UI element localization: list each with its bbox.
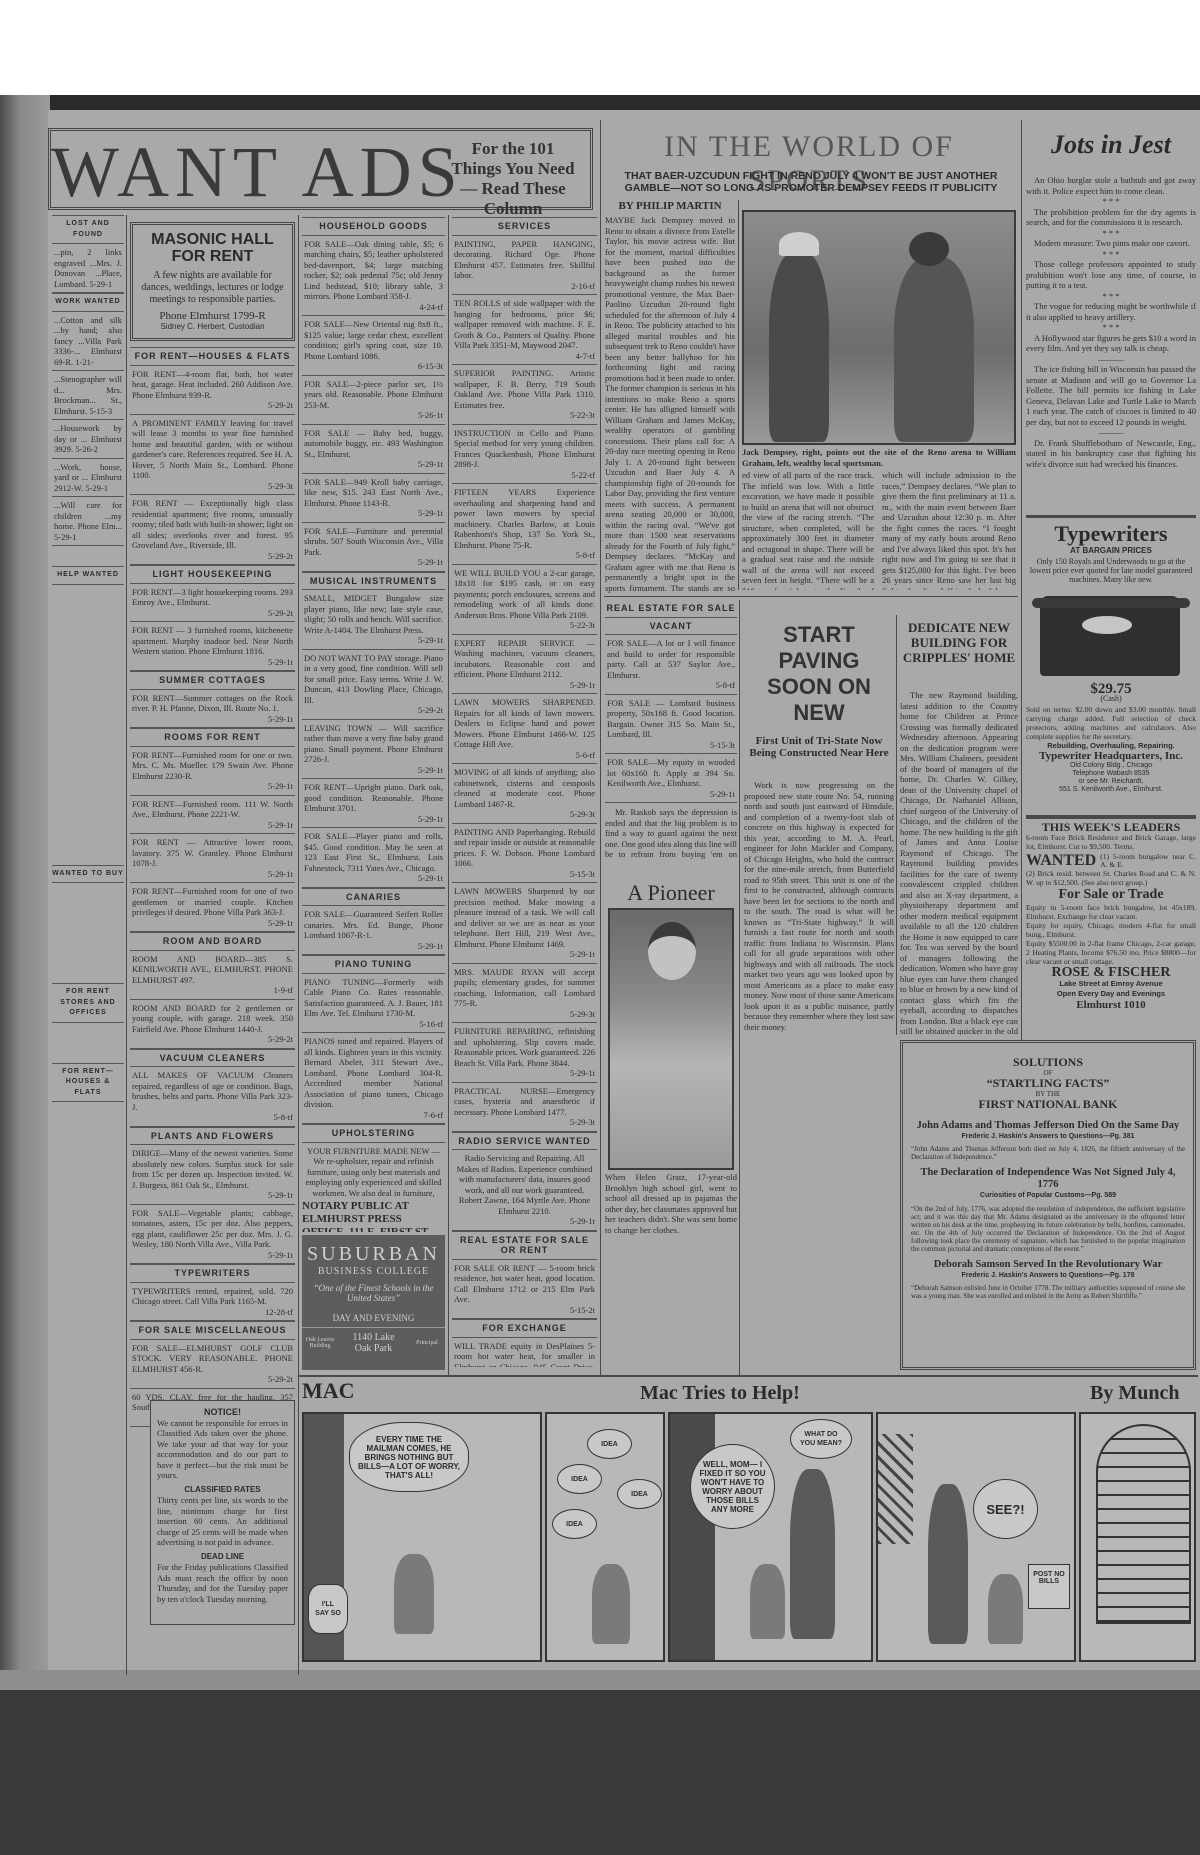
jest-item: The vogue for reducing might be worthwhi… — [1026, 301, 1196, 322]
household-column: HOUSEHOLD GOODS FOR SALE—Oak dining tabl… — [302, 217, 445, 1197]
ad-text: FOR RENT—Summer cottages on the Rock riv… — [132, 693, 293, 714]
notice-body: We cannot be responsible for errors in C… — [157, 1418, 288, 1481]
classified-ad: ...Housework by day or ... Elmhurst 3929… — [52, 420, 124, 459]
speech-bubble: WELL, MOM— I FIXED IT SO YOU WON'T HAVE … — [690, 1444, 775, 1529]
ad-text: FOR SALE—Guaranteed Seifert Roller canar… — [304, 909, 443, 940]
typewriter-title: Typewriters — [1026, 522, 1196, 546]
column-rule — [896, 615, 897, 1035]
classified-ad: PAINTING, PAPER HANGING, decorating. Ric… — [452, 236, 597, 296]
masonic-hall-ad: MASONIC HALL FOR RENT A few nights are a… — [130, 222, 295, 341]
bank-ad-facts: “STARTLING FACTS” — [911, 1078, 1185, 1089]
mom-character — [928, 1484, 968, 1644]
ad-date: 5-29-1t — [132, 1250, 293, 1261]
figure-graham — [769, 252, 829, 442]
ad-date: 5-29-3t — [132, 481, 293, 492]
comic-panel-3: WELL, MOM— I FIXED IT SO YOU WON'T HAVE … — [668, 1412, 873, 1662]
classified-ad: PIANO TUNING—Formerly with Cable Piano C… — [302, 974, 445, 1034]
classified-ad: LAWN MOWERS SHARPENED. Repairs for all k… — [452, 694, 597, 764]
section-divider — [604, 596, 1018, 597]
ad-date: 1-9-tf — [132, 985, 293, 996]
typewriter-ad: Typewriters AT BARGAIN PRICES Only 150 R… — [1026, 522, 1196, 812]
ad-date: 5-29-1t — [454, 949, 595, 960]
ad-date: 5-29-1t — [132, 1190, 293, 1201]
crippled-headline: DEDICATE NEW BUILDING FOR CRIPPLES' HOME — [900, 620, 1018, 680]
section-heading: SUMMER COTTAGES — [130, 671, 295, 690]
classified-ad: TYPEWRITERS rented, repaired, sold. 720 … — [130, 1283, 295, 1322]
ad-text: MOVING of all kinds of anything; also ca… — [454, 767, 595, 809]
lattice — [878, 1434, 913, 1544]
column-rule — [126, 215, 127, 1675]
ad-date: 5-29-1t — [304, 508, 443, 519]
ad-text: FOR RENT—3 light housekeeping rooms. 293… — [132, 587, 293, 608]
notary-notice: NOTARY PUBLIC AT ELMHURST PRESS OFFICE, … — [302, 1200, 445, 1232]
idea-bubble: IDEA — [587, 1429, 632, 1459]
fact-title: Deborah Samson Served In the Revolutiona… — [911, 1259, 1185, 1271]
college-city: Oak Park — [355, 1343, 393, 1354]
masthead-title: WANT ADS — [51, 131, 464, 213]
ad-text: FOR SALE—Oak dining table, $5; 6 matchin… — [304, 239, 443, 302]
classified-ad: ...Work, house, yard or ... Elmhurst 291… — [52, 459, 124, 498]
typewriter-platen-icon — [1032, 598, 1190, 608]
ad-date: 5-29-3t — [454, 809, 595, 820]
fact-source: Frederic J. Haskin's Answers to Question… — [911, 1132, 1185, 1143]
ad-text: FOR SALE—2-piece parlor set, 1½ years ol… — [304, 379, 443, 410]
mac-character — [750, 1564, 785, 1639]
ad-text: FOR SALE—ELMHURST GOLF CLUB STOCK. VERY … — [132, 1343, 293, 1374]
classified-ad: DO NOT WANT TO PAY storage. Piano in a v… — [302, 650, 445, 720]
jest-separator: ——— — [1026, 354, 1196, 365]
fact-source: Curiosities of Popular Customs—Pg. 589 — [911, 1191, 1185, 1202]
ad-text: PIANOS tuned and repaired. Players of al… — [304, 1036, 443, 1109]
ad-text: ALL MAKES OF VACUUM Cleaners repaired, r… — [132, 1070, 293, 1112]
hat — [779, 232, 819, 256]
sports-column-2: ed view of all parts of the race track. … — [742, 470, 874, 590]
bank-name: FIRST NATIONAL BANK — [911, 1099, 1185, 1110]
ad-date: 2-16-tf — [454, 281, 595, 292]
section-heading: WANTED TO BUY — [52, 865, 124, 884]
comic-panel-1: EVERY TIME THE MAILMAN COMES, HE BRINGS … — [302, 1412, 542, 1662]
ad-date: 5-8-tf — [132, 1112, 293, 1123]
classified-ad: FOR RENT—3 light housekeeping rooms. 293… — [130, 584, 295, 623]
jest-item: Dr. Frank Shufflebotham of Newcastle, En… — [1026, 438, 1196, 470]
pioneer-caption: When Helen Gratz, 17-year-old Brooklyn h… — [605, 1172, 737, 1250]
ad-text: TYPEWRITERS rented, repaired, sold. 720 … — [132, 1286, 293, 1307]
ad-date: 5-29-2t — [132, 400, 293, 411]
sports-byline: BY PHILIP MARTIN — [605, 200, 735, 215]
scan-top-margin — [0, 0, 1200, 95]
jest-item: A Hollywood star figures he gets $10 a w… — [1026, 333, 1196, 354]
ad-text: FOR SALE—New Oriental rug 8x8 ft., $125 … — [304, 319, 443, 361]
classified-ad: FOR SALE — Lombard business property, 50… — [605, 695, 737, 755]
ad-text: LAWN MOWERS SHARPENED. Repairs for all k… — [454, 697, 595, 749]
ad-text: FOR SALE—Vegetable plants; cabbage, toma… — [132, 1208, 293, 1250]
ad-text: FOR SALE — Lombard business property, 50… — [607, 698, 735, 740]
ad-text: EXPERT REPAIR SERVICE — Washing machines… — [454, 638, 595, 680]
jests-title: Jots in Jest — [1026, 130, 1196, 170]
classified-ad: FIFTEEN YEARS Experience overhauling and… — [452, 484, 597, 565]
section-divider — [1026, 815, 1196, 819]
section-heading: HOUSEHOLD GOODS — [302, 217, 445, 236]
left-edge-column: LOST AND FOUND ...pin, 2 links engraved … — [52, 215, 124, 1670]
ad-date: 5-29-1t — [304, 765, 443, 776]
ad-text: FOR SALE — Baby bed, buggy, automobile b… — [304, 428, 443, 459]
classified-ad: FOR SALE—Guaranteed Seifert Roller canar… — [302, 906, 445, 955]
real-estate-vacant-column: REAL ESTATE FOR SALE VACANT FOR SALE—A l… — [605, 600, 737, 860]
realtor-name: ROSE & FISCHER — [1026, 968, 1196, 979]
scan-left-edge — [0, 95, 50, 1685]
ad-date: 5-29-3t — [454, 1009, 595, 1020]
classified-ad: FOR RENT—4-room flat, bath, hot water he… — [130, 366, 295, 415]
fact-title: John Adams and Thomas Jefferson Died On … — [911, 1120, 1185, 1132]
fact-body: “On the 2nd of July, 1776, was adopted t… — [911, 1205, 1185, 1253]
ad-date: 5-29-1t — [607, 789, 735, 800]
section-heading: TYPEWRITERS — [130, 1264, 295, 1283]
section-heading: PLANTS AND FLOWERS — [130, 1127, 295, 1146]
ad-text: FOR RENT—4-room flat, bath, hot water he… — [132, 369, 293, 400]
classified-ad: FOR SALE—My equity in wooded lot 60x160 … — [605, 754, 737, 803]
deadline-title: DEAD LINE — [157, 1552, 288, 1563]
section-heading: FOR SALE MISCELLANEOUS — [130, 1321, 295, 1340]
suburban-college-ad: SUBURBAN BUSINESS COLLEGE “One of the Fi… — [302, 1235, 445, 1370]
ad-date: 6-15-3t — [304, 361, 443, 372]
jest-separator: * * * — [1026, 228, 1196, 239]
ad-text: FOR RENT—Furnished room. 111 W. North Av… — [132, 799, 293, 820]
ad-date: 5-29-1t — [304, 814, 443, 825]
classified-ad: FOR SALE—Furniture and perennial shrubs.… — [302, 523, 445, 572]
classified-ad: ...pin, 2 links engraved ...Mrs. J. Dono… — [52, 244, 124, 293]
classified-ad: ...Stenographer will d... Mrs. Brockman.… — [52, 371, 124, 420]
ad-date: 5-29-1t — [304, 635, 443, 646]
ad-text: TEN ROLLS of side wallpaper with the han… — [454, 298, 595, 350]
typewriter-company: Typewriter Headquarters, Inc. — [1026, 751, 1196, 762]
typewriter-terms: Sold on terms: $2.00 down and $3.00 mont… — [1026, 705, 1196, 741]
upholstering-ad: YOUR FURNITURE MADE NEW — We re-upholste… — [302, 1143, 445, 1198]
ad-text: MRS. MAUDE RYAN will accept pupils; elem… — [454, 967, 595, 1009]
ad-text: FOR SALE—My equity in wooded lot 60x160 … — [607, 757, 735, 788]
mac-character — [592, 1564, 630, 1644]
head — [909, 232, 949, 266]
ad-date: 5-29-1t — [132, 657, 293, 668]
typewriter-address-1: Old Colony Bldg., Chicago — [1026, 762, 1196, 770]
column-rule — [1021, 120, 1022, 1040]
classified-ad: SUPERIOR PAINTING. Artistic wallpaper, F… — [452, 365, 597, 425]
section-subheading: VACANT — [605, 618, 737, 636]
jest-separator: * * * — [1026, 291, 1196, 302]
ad-date: 5-29-1t — [454, 1216, 595, 1227]
classified-ad: LEAVING TOWN — Will sacrifice rather tha… — [302, 720, 445, 780]
editorial-note: Mr. Raskob says the depression is ended … — [605, 807, 737, 860]
comic-author: By Munch — [1090, 1382, 1200, 1410]
wanted-item: (2) Brick resid. between St. Charles Roa… — [1026, 869, 1196, 887]
mac-character — [394, 1554, 434, 1634]
ad-date: 5-29-1t — [132, 714, 293, 725]
typewriter-address-2: Telephone Wabash 8535 — [1026, 770, 1196, 778]
classified-ad: FURNITURE REPAIRING, refinishing and uph… — [452, 1023, 597, 1083]
college-hours: DAY AND EVENING — [302, 1313, 445, 1328]
rates-title: CLASSIFIED RATES — [157, 1485, 288, 1496]
typewriter-body-icon — [1040, 596, 1180, 676]
ad-text: FIFTEEN YEARS Experience overhauling and… — [454, 487, 595, 550]
realtor-hours: Open Every Day and Evenings — [1026, 989, 1196, 1000]
typewriter-keys-icon — [1082, 616, 1132, 634]
trade-item: Equity for equity, Chicago, modern 4-fla… — [1026, 921, 1196, 939]
trade-item: Equity in 5-room face brick bungalow, lo… — [1026, 903, 1196, 921]
ad-date: 5-29-1t — [132, 918, 293, 929]
section-heading: LOST AND FOUND — [52, 215, 124, 244]
ad-date: 5-29-1t — [454, 1068, 595, 1079]
bank-ad: SOLUTIONS OF “STARTLING FACTS” BY THE FI… — [900, 1040, 1196, 1370]
college-left-note: Oak Leaves Building — [305, 1337, 335, 1349]
ad-date: 5-29-2t — [132, 608, 293, 619]
wanted-label: WANTED — [1026, 853, 1096, 869]
classified-ad: PRACTICAL NURSE—Emergency cases, hysteri… — [452, 1083, 597, 1132]
classified-ad: PIANOS tuned and repaired. Players of al… — [302, 1033, 445, 1124]
ad-text: FOR RENT — Exceptionally high class resi… — [132, 498, 293, 550]
ad-text: PAINTING AND Paperhanging. Rebuild and r… — [454, 827, 595, 869]
classified-ad: EXPERT REPAIR SERVICE — Washing machines… — [452, 635, 597, 695]
ad-date: 5-8-tf — [454, 550, 595, 561]
section-heading: LIGHT HOUSEKEEPING — [130, 565, 295, 584]
ad-text: FOR RENT—Furnished room for one of two g… — [132, 886, 293, 917]
typewriter-price-note: (Cash) — [1026, 694, 1196, 705]
jests-column: An Ohio burglar stole a bathtub and got … — [1026, 175, 1196, 515]
notice-box: NOTICE! We cannot be responsible for err… — [150, 1400, 295, 1625]
ad-text: ROOM AND BOARD for 2 gentlemen or young … — [132, 1003, 293, 1034]
ad-date: 5-16-tf — [304, 1019, 443, 1030]
mom-character — [790, 1469, 835, 1639]
comic-strip-name: MAC — [302, 1378, 382, 1406]
classified-ad: Radio Servicing and Repairing. All Makes… — [452, 1150, 597, 1231]
ad-date: 5-22-3t — [454, 620, 595, 631]
jest-separator: ——— — [1026, 427, 1196, 438]
paving-body: Work is now progressing on the proposed … — [744, 780, 894, 1375]
idea-bubble: IDEA — [617, 1479, 662, 1509]
ad-text: FOR SALE—949 Kroll baby carriage, like n… — [304, 477, 443, 508]
ad-date: 5-15-2t — [454, 1305, 595, 1316]
speech-bubble: SEE?! — [973, 1479, 1038, 1539]
ad-date: 5-29-2t — [132, 551, 293, 562]
sports-subhead: THAT BAER-UZCUDUN FIGHT IN RENO JULY 4 W… — [605, 170, 1017, 194]
ad-text: FOR SALE—Player piano and rolls, $45. Go… — [304, 831, 443, 873]
idea-bubble: IDEA — [552, 1509, 597, 1539]
ad-text: LEAVING TOWN — Will sacrifice rather tha… — [304, 723, 443, 765]
ad-date: 5-29-2t — [304, 705, 443, 716]
classified-ad: FOR RENT—Furnished room for one or two. … — [130, 747, 295, 796]
ad-date: 5-29-1t — [454, 680, 595, 691]
college-address: 1140 Lake — [352, 1332, 394, 1343]
comic-panel-2: IDEA IDEA IDEA IDEA — [545, 1412, 665, 1662]
column-rule — [298, 215, 299, 1675]
ad-date: 4-7-tf — [454, 351, 595, 362]
ad-date: 5-29-1t — [304, 941, 443, 952]
college-subtitle: BUSINESS COLLEGE — [302, 1266, 445, 1277]
classified-ad: FOR RENT — 3 furnished rooms, kitchenett… — [130, 622, 295, 671]
typewriter-subtitle: AT BARGAIN PRICES — [1026, 546, 1196, 557]
ad-date: 5-29-3t — [454, 1117, 595, 1128]
section-heading: SERVICES — [452, 217, 597, 236]
fact-body: “Deborah Samson enlisted June in October… — [911, 1284, 1185, 1300]
fact-source: Frederic J. Haskin's Answers to Question… — [911, 1271, 1185, 1282]
crippled-body: The new Raymond building, latest additio… — [900, 690, 1018, 1035]
column-rule — [600, 120, 601, 1375]
ad-text: WE WILL BUILD YOU a 2-car garage, 18x18 … — [454, 568, 595, 620]
ad-text: FOR SALE—Furniture and perennial shrubs.… — [304, 526, 443, 557]
comic-panel-5 — [1079, 1412, 1196, 1662]
realtor-address: Lake Street at Emroy Avenue — [1026, 979, 1196, 990]
ad-text: SMALL, MIDGET Bungalow size player piano… — [304, 593, 443, 635]
ad-text: FOR SALE OR RENT — 5-room brick residenc… — [454, 1263, 595, 1305]
classified-ad: FOR RENT—Upright piano. Dark oak, good c… — [302, 779, 445, 828]
wanted-item: (1) 5-room bungalow near C. A. & E. — [1100, 853, 1196, 869]
ad-text: ROOM AND BOARD—385 S. KENILWORTH AVE., E… — [132, 954, 293, 985]
masthead-tagline: For the 101 Things You Need— Read These … — [448, 139, 578, 219]
classified-ad: FOR SALE — Baby bed, buggy, automobile b… — [302, 425, 445, 474]
classified-ad: FOR RENT—Summer cottages on the Rock riv… — [130, 690, 295, 729]
ad-text: FOR RENT — 3 furnished rooms, kitchenett… — [132, 625, 293, 656]
notice-title: NOTICE! — [157, 1407, 288, 1418]
scan-bottom-dark — [0, 1690, 1200, 1855]
classified-ad: FOR SALE—2-piece parlor set, 1½ years ol… — [302, 376, 445, 425]
classified-ad: ROOM AND BOARD for 2 gentlemen or young … — [130, 1000, 295, 1049]
ad-date: 5-6-tf — [454, 750, 595, 761]
section-divider — [1026, 515, 1196, 518]
ad-text: Radio Servicing and Repairing. All Makes… — [457, 1153, 593, 1216]
section-heading: WORK WANTED — [52, 293, 124, 312]
ad-text: FURNITURE REPAIRING, refinishing and uph… — [454, 1026, 595, 1068]
classified-ad: FOR SALE—Vegetable plants; cabbage, toma… — [130, 1205, 295, 1265]
classified-ad: FOR RENT—Furnished room for one of two g… — [130, 883, 295, 932]
ad-text: PAINTING, PAPER HANGING, decorating. Ric… — [454, 239, 595, 281]
ad-text: FOR RENT — Attractive lower room, lavato… — [132, 837, 293, 868]
classified-ad: MRS. MAUDE RYAN will accept pupils; elem… — [452, 964, 597, 1024]
typewriter-price: $29.75 — [1026, 684, 1196, 695]
ad-date: 5-29-1t — [304, 557, 443, 568]
realtor-phone: Elmhurst 1010 — [1026, 1000, 1196, 1011]
section-heading: FOR RENT—HOUSES & FLATS — [52, 1063, 124, 1103]
mac-character — [988, 1574, 1023, 1644]
comic-title: Mac Tries to Help! — [640, 1382, 890, 1410]
classified-ad: FOR SALE—949 Kroll baby carriage, like n… — [302, 474, 445, 523]
ad-date: 5-22-tf — [454, 470, 595, 481]
ad-date: 5-29-2t — [132, 1374, 293, 1385]
classified-ad: FOR SALE OR RENT — 5-room brick residenc… — [452, 1260, 597, 1320]
masonic-body: A few nights are available for dances, w… — [139, 270, 286, 306]
ad-date: 5-15-3t — [607, 740, 735, 751]
want-ads-masthead: WANT ADS For the 101 Things You Need— Re… — [48, 128, 593, 210]
arched-gate — [1096, 1424, 1191, 1624]
typewriter-intro: Only 150 Royals and Underwoods to go at … — [1026, 557, 1196, 584]
jest-separator: * * * — [1026, 322, 1196, 333]
ad-date: 7-6-tf — [304, 1110, 443, 1121]
paving-headline: START PAVING SOON ON NEW SUPERHIGHWAY — [744, 622, 894, 722]
classified-ad: ALL MAKES OF VACUUM Cleaners repaired, r… — [130, 1067, 295, 1127]
figure-dempsey — [894, 257, 974, 442]
ad-date: 12-28-tf — [132, 1307, 293, 1318]
section-heading: FOR EXCHANGE — [452, 1319, 597, 1338]
photo-caption: Jack Dempsey, right, points out the site… — [742, 447, 1016, 469]
section-heading: REAL ESTATE FOR SALE OR RENT — [452, 1231, 597, 1260]
ad-date: 4-24-tf — [304, 302, 443, 313]
rates-body: Thirty cents per line, six words to the … — [157, 1495, 288, 1548]
ad-date: 5-26-1t — [304, 410, 443, 421]
typewriter-address-3: or see Mr. Reichardt, — [1026, 778, 1196, 786]
college-right-note: Principal — [412, 1340, 442, 1346]
ad-date: 5-29-1t — [132, 869, 293, 880]
jest-item: An Ohio burglar stole a bathtub and got … — [1026, 175, 1196, 196]
leaders-ad: THIS WEEK'S LEADERS 6-room Face Brick Re… — [1026, 822, 1196, 1032]
comic-divider — [298, 1375, 1198, 1377]
pioneer-photo — [608, 908, 734, 1170]
college-quote: “One of the Finest Schools in the United… — [302, 1283, 445, 1303]
classified-ad: FOR RENT—Furnished room. 111 W. North Av… — [130, 796, 295, 835]
ad-text: PIANO TUNING—Formerly with Cable Piano C… — [304, 977, 443, 1019]
section-heading: FOR RENT STORES AND OFFICES — [52, 983, 124, 1023]
section-heading: VACUUM CLEANERS — [130, 1049, 295, 1068]
column-rule — [739, 600, 740, 1375]
ad-text: DO NOT WANT TO PAY storage. Piano in a v… — [304, 653, 443, 705]
section-heading: PIANO TUNING — [302, 955, 445, 974]
section-heading: ROOMS FOR RENT — [130, 728, 295, 747]
classified-ad: INSTRUCTION in Cello and Piano. Special … — [452, 425, 597, 485]
masonic-contact: Sidney C. Herbert, Custodian — [139, 322, 286, 333]
masonic-phone: Phone Elmhurst 1799-R — [139, 311, 286, 322]
classified-ad: FOR SALE—A lot or I will finance and bui… — [605, 635, 737, 695]
fact-body: “John Adams and Thomas Jefferson both di… — [911, 1145, 1185, 1161]
classified-ad: ...Cotton and silk ...by hand; also fanc… — [52, 312, 124, 372]
typewriter-illustration — [1032, 588, 1190, 680]
ad-date: 5-8-tf — [607, 680, 735, 691]
classified-ad: FOR RENT — Exceptionally high class resi… — [130, 495, 295, 565]
post-no-bills-sign: POST NO BILLS — [1028, 1564, 1070, 1609]
classified-ad: MOVING of all kinds of anything; also ca… — [452, 764, 597, 824]
column-rule — [738, 200, 739, 590]
classified-ad: ROOM AND BOARD—385 S. KENILWORTH AVE., E… — [130, 951, 295, 1000]
classified-ad: FOR SALE—Player piano and rolls, $45. Go… — [302, 828, 445, 888]
section-heading: FOR RENT—HOUSES & FLATS — [130, 347, 295, 366]
comic-panel-4: SEE?! POST NO BILLS — [876, 1412, 1076, 1662]
masonic-title: MASONIC HALL FOR RENT — [139, 231, 286, 265]
jest-item: The ice fishing bill in Wisconsin has pa… — [1026, 364, 1196, 427]
trade-item: Equity $5500.00 in 2-flat frame Chicago,… — [1026, 939, 1196, 966]
ad-text: YOUR FURNITURE MADE NEW — We re-upholste… — [304, 1146, 443, 1198]
classified-ad: TEN ROLLS of side wallpaper with the han… — [452, 295, 597, 365]
bank-ad-title: SOLUTIONS — [911, 1057, 1185, 1068]
section-heading: ROOM AND BOARD — [130, 932, 295, 951]
pioneer-title: A Pioneer — [605, 880, 737, 906]
ad-date: 5-29-1t — [132, 820, 293, 831]
section-heading: CANARIES — [302, 888, 445, 907]
idea-bubble: IDEA — [557, 1464, 602, 1494]
column-rule — [448, 215, 449, 1375]
college-title: SUBURBAN — [302, 1243, 445, 1266]
ad-text: FOR SALE—A lot or I will finance and bui… — [607, 638, 735, 680]
services-column: SERVICES PAINTING, PAPER HANGING, decora… — [452, 217, 597, 1367]
classified-ad: FOR SALE—New Oriental rug 8x8 ft., $125 … — [302, 316, 445, 376]
section-heading: REAL ESTATE FOR SALE — [605, 600, 737, 618]
classified-ad: FOR SALE—ELMHURST GOLF CLUB STOCK. VERY … — [130, 1340, 295, 1389]
portrait-face — [648, 922, 696, 980]
classified-ad: ...Will care for children ...my home. Ph… — [52, 497, 124, 546]
dempsey-photo — [742, 210, 1016, 445]
section-heading: UPHOLSTERING — [302, 1124, 445, 1143]
jest-item: The prohibition problem for the dry agen… — [1026, 207, 1196, 228]
ad-date: 5-22-3t — [454, 410, 595, 421]
ad-date: 5-29-1t — [132, 781, 293, 792]
ad-date: 5-15-3t — [454, 869, 595, 880]
paving-subhead: First Unit of Tri-State Now Being Constr… — [744, 735, 894, 775]
classified-ad: FOR SALE—Oak dining table, $5; 6 matchin… — [302, 236, 445, 317]
ad-date: 5-29-2t — [132, 1034, 293, 1045]
